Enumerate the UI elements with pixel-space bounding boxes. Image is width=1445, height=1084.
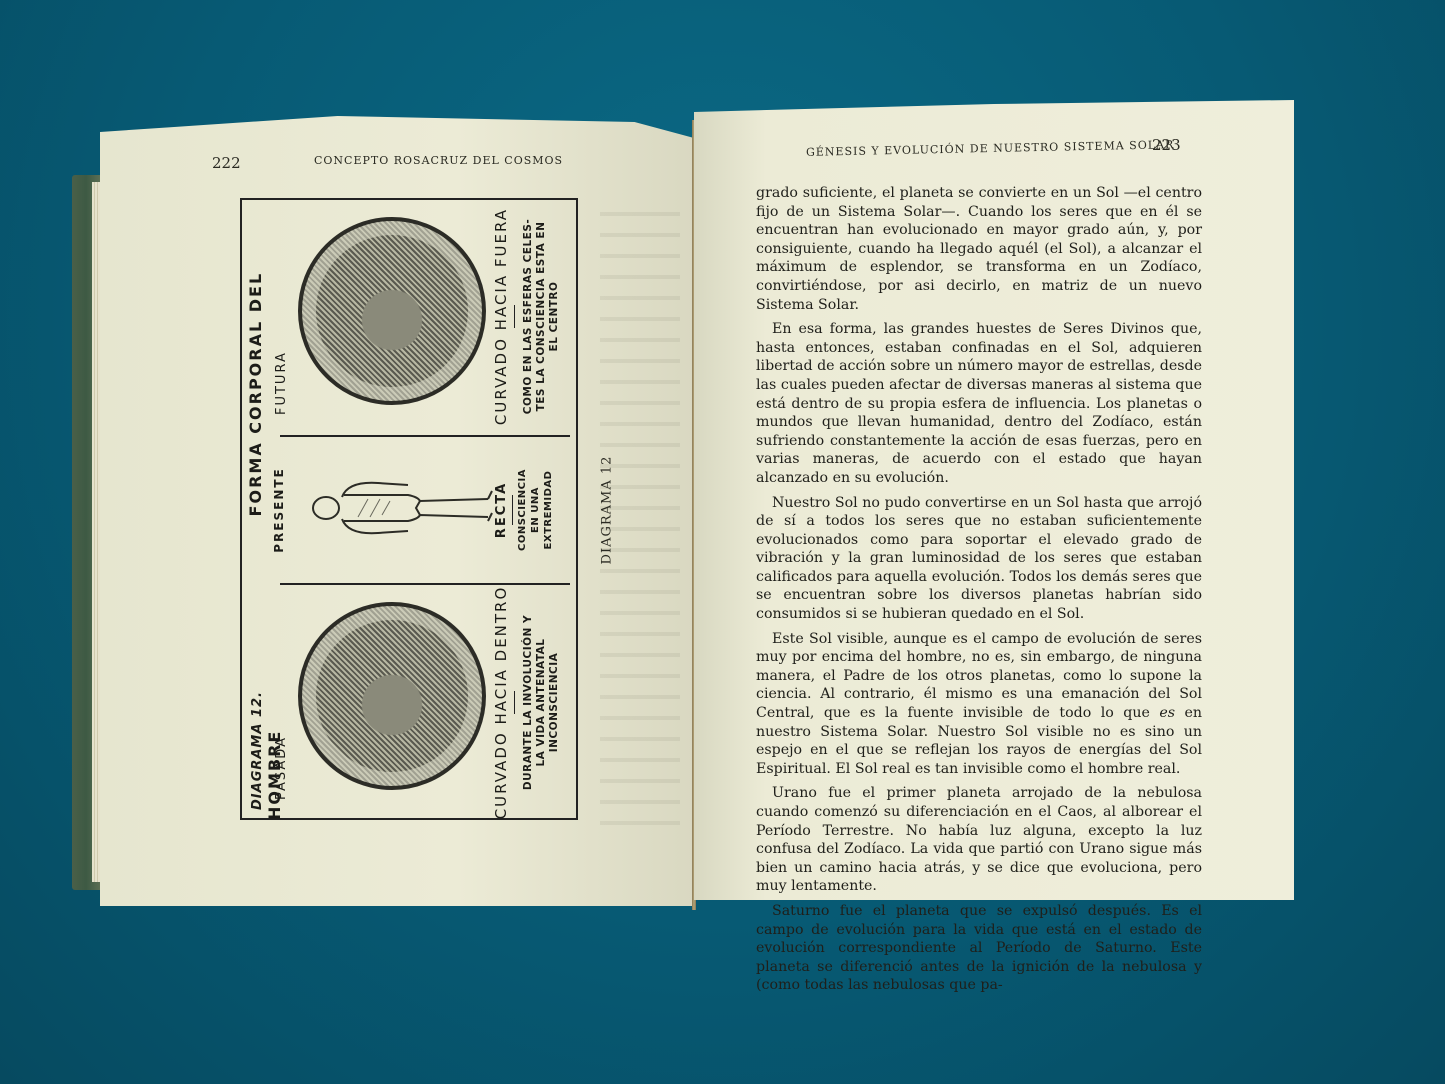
column-subcaption: CONSCIENCIA EN UNA EXTREMIDAD: [516, 437, 555, 583]
diagram-12: DIAGRAMA 12. FORMA CORPORAL DEL HOMBRE P…: [240, 198, 578, 820]
diagram-caption: DIAGRAMA 12: [596, 430, 618, 590]
right-page-body: grado suficiente, el planeta se conviert…: [756, 184, 1202, 1001]
column-heading: PASADA: [274, 565, 289, 820]
diagram-caption-text: DIAGRAMA 12: [600, 456, 615, 565]
column-heading: PRESENTE: [272, 437, 286, 583]
diagram-column-present: PRESENTE RECTA CONSCIENC: [280, 435, 570, 585]
diagram-label: DIAGRAMA 12.: [250, 691, 265, 810]
column-caption: CURVADO HACIA DENTRO: [492, 585, 510, 820]
left-running-head: CONCEPTO ROSACRUZ DEL COSMOS: [314, 154, 563, 167]
paragraph: Saturno fue el planeta que se expulsó de…: [756, 902, 1202, 995]
subcaption-line: TES LA CONSCIENCIA ESTA EN: [535, 198, 548, 435]
column-heading: FUTURA: [274, 178, 289, 435]
column-subcaption: DURANTE LA INVOLUCIÓN Y LA VIDA ANTENATA…: [522, 585, 561, 820]
subcaption-line: COMO EN LAS ESFERAS CELES-: [522, 198, 535, 435]
paragraph: Urano fue el primer planeta arrojado de …: [756, 784, 1202, 896]
paragraph: Este Sol visible, aunque es el campo de …: [756, 630, 1202, 779]
open-book: 222 CONCEPTO ROSACRUZ DEL COSMOS DIAGRAM…: [0, 0, 1445, 1084]
diagram-column-future: FUTURA CURVADO HACIA FUERA COMO EN LAS E…: [270, 198, 570, 435]
subcaption-line: EXTREMIDAD: [542, 437, 555, 583]
curled-inward-figure-medallion: [298, 602, 486, 790]
paragraph: grado suficiente, el planeta se conviert…: [756, 184, 1202, 314]
paragraph: Nuestro Sol no pudo convertirse en un So…: [756, 494, 1202, 624]
caption-divider: [514, 305, 515, 329]
caption-divider: [514, 691, 515, 715]
subcaption-line: LA VIDA ANTENATAL: [535, 585, 548, 820]
paragraph: En esa forma, las grandes huestes de Ser…: [756, 320, 1202, 487]
standing-figure-illustration: [308, 451, 498, 565]
right-page-number: 223: [1152, 136, 1181, 154]
column-caption: RECTA: [494, 437, 509, 583]
diagram-column-past: PASADA CURVADO HACIA DENTRO DURANTE LA I…: [270, 585, 570, 820]
left-page-number: 222: [212, 154, 241, 172]
column-caption: CURVADO HACIA FUERA: [492, 198, 510, 435]
column-subcaption: COMO EN LAS ESFERAS CELES- TES LA CONSCI…: [522, 198, 561, 435]
subcaption-line: EL CENTRO: [548, 198, 561, 435]
caption-divider: [512, 495, 513, 524]
paragraph-text: Este Sol visible, aunque es el campo de …: [756, 631, 1202, 721]
curved-outward-figure-medallion: [298, 217, 486, 405]
emphasis-text: es: [1159, 705, 1175, 721]
subcaption-line: INCONSCIENCIA: [548, 585, 561, 820]
subcaption-line: CONSCIENCIA: [516, 437, 529, 583]
subcaption-line: DURANTE LA INVOLUCIÓN Y: [522, 585, 535, 820]
subcaption-line: EN UNA: [529, 437, 542, 583]
